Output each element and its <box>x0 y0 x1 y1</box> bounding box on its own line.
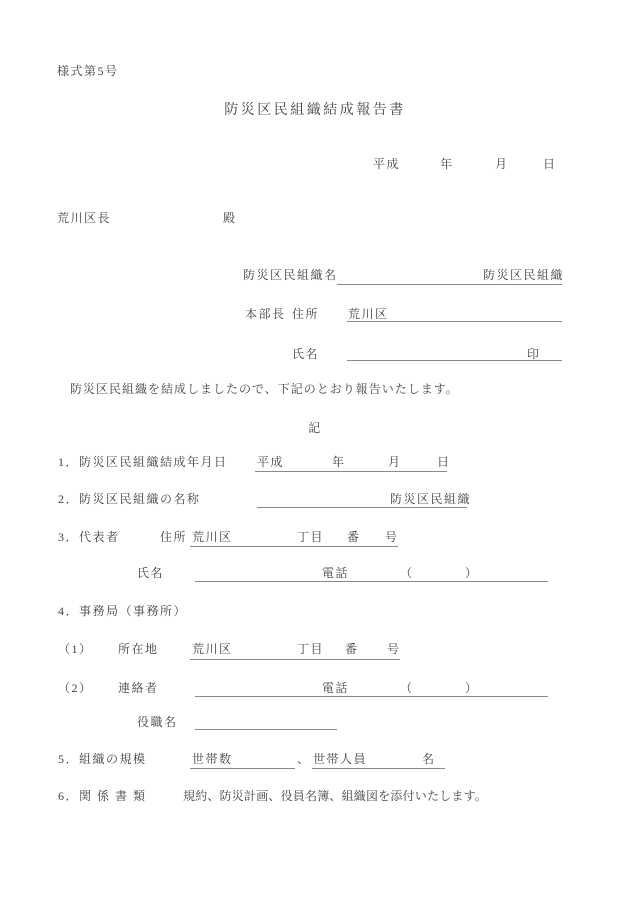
form-number: 様式第5号 <box>57 64 119 78</box>
item4-1-number: （1） <box>58 642 93 656</box>
item3-tel-label: 電話 <box>322 566 349 580</box>
item3-name-fill-line <box>195 581 548 582</box>
date-year-label: 年 <box>440 157 454 171</box>
item4-1-address-value: 荒川区 <box>192 642 233 656</box>
item4-role-fill-line <box>195 729 337 730</box>
addressee-honorific: 殿 <box>223 211 237 225</box>
item1-day-label: 日 <box>437 455 451 469</box>
item3-address-label: 住所 <box>160 530 187 544</box>
head-address-value: 荒川区 <box>348 307 389 321</box>
item2-label: 2．防災区民組織の名称 <box>58 492 201 506</box>
item4-1-label: 所在地 <box>118 642 159 656</box>
item5-members-fill-line <box>312 768 445 769</box>
item5-unit-label: 名 <box>422 752 436 766</box>
head-seal-label: 印 <box>527 347 541 361</box>
item4-1-chome-label: 丁目 <box>297 642 324 656</box>
org-name-fill-line <box>337 284 562 285</box>
head-address-fill-line <box>347 321 562 322</box>
item3-chome-label: 丁目 <box>297 530 324 544</box>
item4-1-ban-label: 番 <box>345 642 359 656</box>
item4-2-paren-open: （ <box>400 681 414 695</box>
item1-era-label: 平成 <box>257 455 284 469</box>
item3-address-value: 荒川区 <box>192 530 233 544</box>
item5-households-label: 世帯数 <box>192 752 233 766</box>
item4-1-go-label: 号 <box>387 642 401 656</box>
item3-paren-close: ） <box>465 566 479 580</box>
item4-label: 4．事務局（事務所） <box>58 604 187 618</box>
item4-2-label: 連絡者 <box>118 681 159 695</box>
date-month-label: 月 <box>495 157 509 171</box>
addressee-name: 荒川区長 <box>57 211 111 225</box>
item3-address-fill-line <box>190 546 398 547</box>
head-role-label: 本部長 <box>245 307 286 321</box>
item1-month-label: 月 <box>388 455 402 469</box>
item1-label: 1．防災区民組織結成年月日 <box>58 455 228 469</box>
document-page: 様式第5号 防災区民組織結成報告書 平成 年 月 日 荒川区長 殿 防災区民組織… <box>0 0 630 915</box>
date-day-label: 日 <box>543 157 557 171</box>
item4-2-number: （2） <box>58 681 93 695</box>
statement-text: 防災区民組織を結成しましたので、下記のとおり報告いたします。 <box>70 382 459 396</box>
item4-role-label: 役職名 <box>137 715 178 729</box>
item2-value: 防災区民組織 <box>390 492 471 506</box>
org-name-value: 防災区民組織 <box>483 268 564 282</box>
item6-label: 6．関 係 書 類 <box>58 789 147 803</box>
item5-members-label: 世帯人員 <box>313 752 367 766</box>
item4-1-fill-line <box>190 659 400 660</box>
item5-households-fill-line <box>190 768 295 769</box>
org-name-label: 防災区民組織名 <box>243 268 338 282</box>
item4-2-tel-label: 電話 <box>322 681 349 695</box>
item1-year-label: 年 <box>332 455 346 469</box>
item4-2-paren-close: ） <box>465 681 479 695</box>
item2-fill-line <box>257 507 467 508</box>
date-era-label: 平成 <box>373 157 400 171</box>
item5-label: 5．組織の規模 <box>58 752 147 766</box>
item3-label: 3．代表者 <box>58 530 120 544</box>
item4-2-fill-line <box>195 696 548 697</box>
item3-go-label: 号 <box>385 530 399 544</box>
item5-comma: 、 <box>297 752 311 766</box>
head-address-label: 住所 <box>292 307 319 321</box>
item3-ban-label: 番 <box>347 530 361 544</box>
item3-name-label: 氏名 <box>137 566 164 580</box>
item1-date-fill-line <box>255 471 447 472</box>
page-title: 防災区民組織結成報告書 <box>0 103 630 119</box>
head-name-label: 氏名 <box>292 347 319 361</box>
item6-text: 規約、防災計画、役員名簿、組織図を添付いたします。 <box>183 789 487 803</box>
section-heading: 記 <box>0 421 630 435</box>
item3-paren-open: （ <box>400 566 414 580</box>
